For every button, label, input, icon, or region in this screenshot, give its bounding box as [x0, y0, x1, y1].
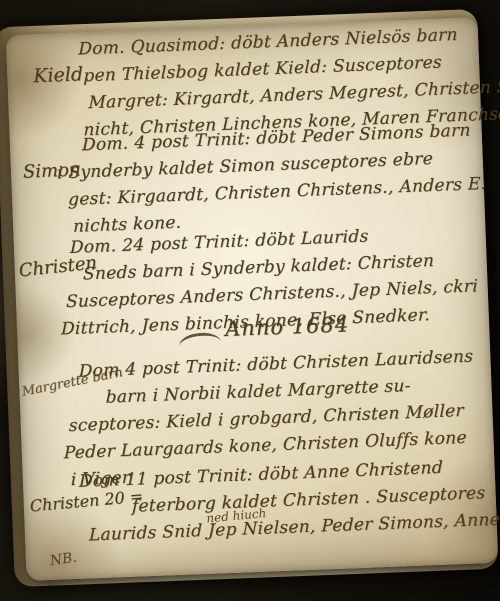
year-heading-text: Anno 1684 — [225, 312, 350, 341]
manuscript-photo: Kield. Dom. Quasimod: döbt Anders Nielsö… — [0, 0, 500, 601]
flourish-stroke — [178, 330, 221, 349]
nb-annotation: NB. — [49, 550, 78, 570]
year-heading: Anno 1684 — [177, 312, 350, 343]
manuscript-page: Kield. Dom. Quasimod: döbt Anders Nielsö… — [6, 17, 499, 581]
register-entry: Christen 20 = ned hiuch Dom 11 post Trin… — [22, 453, 497, 552]
